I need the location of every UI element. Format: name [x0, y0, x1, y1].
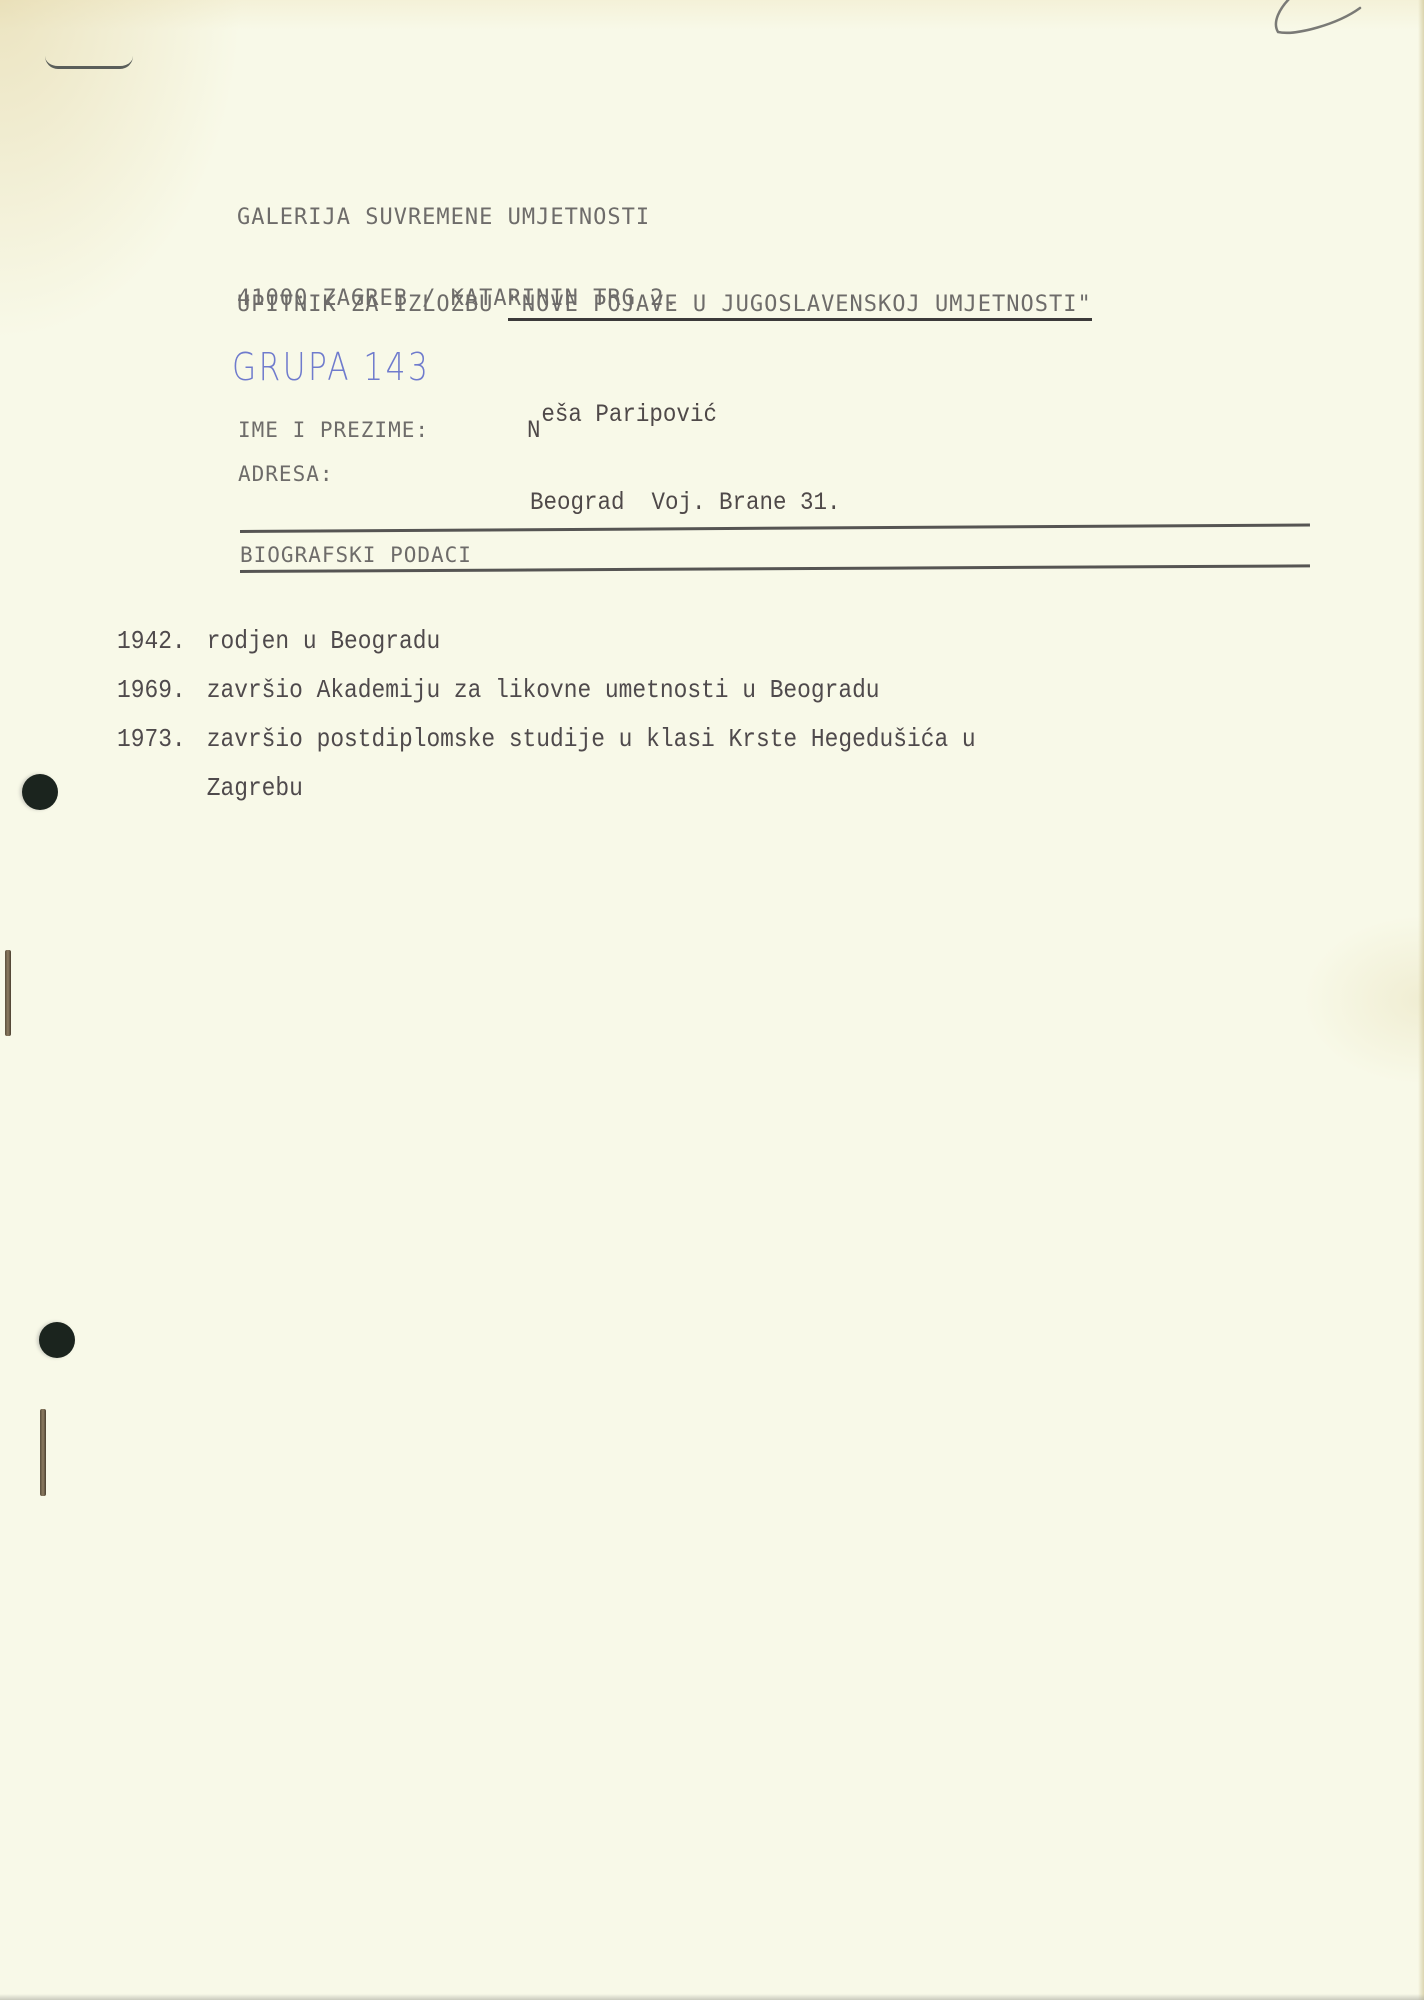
staple-top	[5, 950, 11, 1036]
biography-entry-continuation: 0000.Zagrebu	[117, 773, 976, 822]
punch-hole-bottom	[39, 1322, 75, 1358]
biography-year: 1942.	[117, 626, 207, 656]
biography-entry: 1969.završio Akademiju za likovne umetno…	[117, 675, 976, 724]
biography-text: rodjen u Beogradu	[207, 626, 440, 656]
biography-year: 1973.	[117, 724, 207, 754]
section-heading-biography: BIOGRAFSKI PODACI	[240, 543, 472, 567]
exhibition-title: "NOVE POJAVE U JUGOSLAVENSKOJ UMJETNOSTI…	[508, 292, 1092, 321]
punch-hole-top	[22, 774, 58, 810]
address-value: Beograd Voj. Brane 31.	[530, 488, 841, 517]
pencil-mark-icon	[1268, 0, 1368, 40]
paper-edge-right	[1418, 0, 1424, 2000]
biography-entry: 1942.rodjen u Beogradu	[117, 626, 976, 675]
name-initial: N	[527, 416, 541, 445]
biography-text: Zagrebu	[207, 773, 303, 803]
name-rest: eša Paripović	[541, 400, 717, 429]
questionnaire-title: UPITNIK ZA IZLOŽBU "NOVE POJAVE U JUGOSL…	[237, 292, 1092, 317]
biography-text: završio Akademiju za likovne umetnosti u…	[207, 675, 880, 705]
biography-text: završio postdiplomske studije u klasi Kr…	[207, 724, 976, 754]
name-label: IME I PREZIME:	[238, 418, 429, 442]
biography-entry: 1973.završio postdiplomske studije u kla…	[117, 724, 976, 773]
name-value: Neša Paripović	[527, 400, 717, 429]
paperclip-mark	[45, 56, 133, 69]
biography-year: 1969.	[117, 675, 207, 705]
biography-list: 1942.rodjen u Beogradu 1969.završio Akad…	[117, 626, 976, 822]
questionnaire-prefix: UPITNIK ZA IZLOŽBU	[237, 292, 508, 317]
paper-edge-bottom	[0, 1994, 1424, 2000]
handwritten-group-note: GRUPA 143	[232, 345, 430, 389]
letterhead-org-name: GALERIJA SUVREMENE UMJETNOSTI	[237, 204, 679, 231]
staple-bottom	[40, 1409, 46, 1496]
address-label: ADRESA:	[238, 462, 334, 486]
